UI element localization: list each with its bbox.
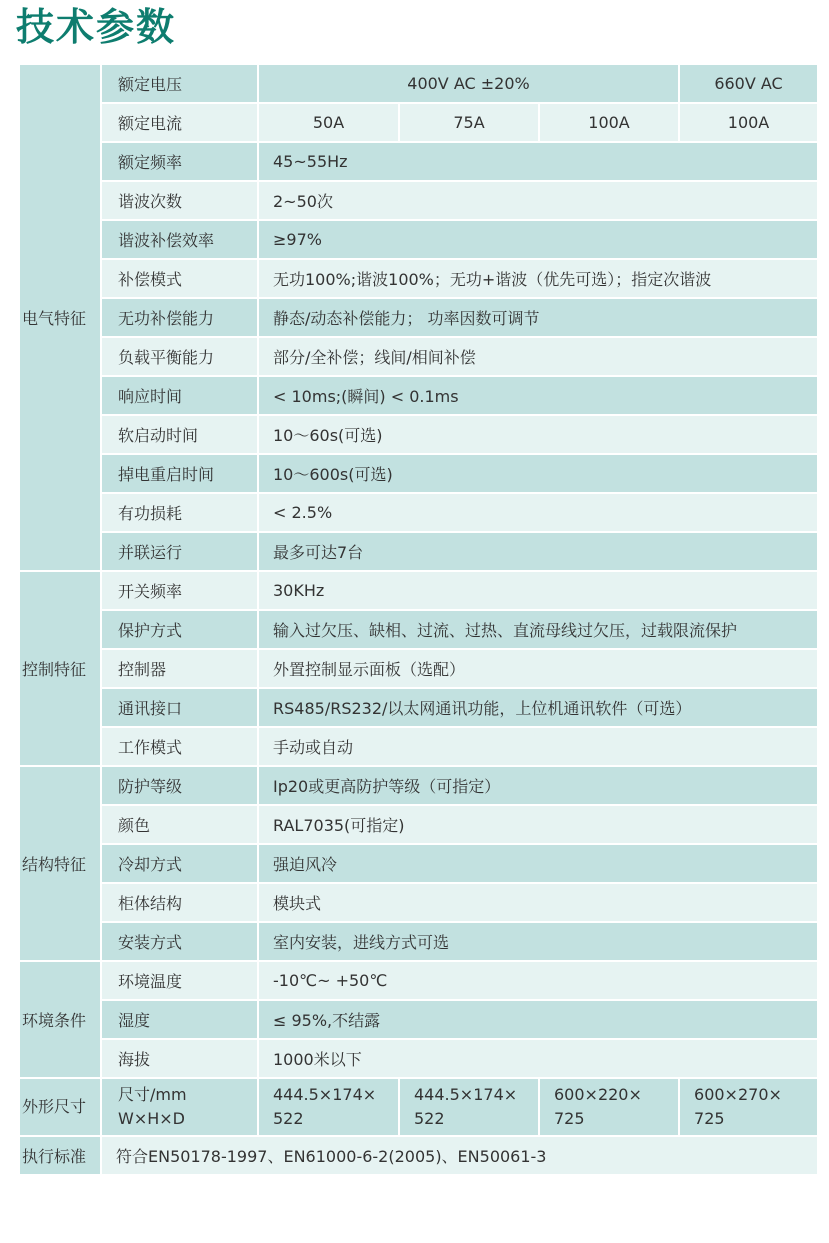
param-value: 符合EN50178-1997、EN61000-6-2(2005)、EN50061… bbox=[101, 1136, 818, 1175]
table-row: 负载平衡能力部分/全补偿；线间/相间补偿 bbox=[19, 337, 818, 376]
param-label: 有功损耗 bbox=[101, 493, 258, 532]
dim-value-line2: 522 bbox=[273, 1109, 304, 1128]
param-value: 45~55Hz bbox=[258, 142, 818, 181]
dim-value-line1: 600×270× bbox=[694, 1085, 782, 1104]
param-label: 谐波次数 bbox=[101, 181, 258, 220]
param-value: 30KHz bbox=[258, 571, 818, 610]
category-cell: 结构特征 bbox=[19, 766, 101, 961]
param-value: 最多可达7台 bbox=[258, 532, 818, 571]
param-value: -10℃~ +50℃ bbox=[258, 961, 818, 1000]
param-label: 开关频率 bbox=[101, 571, 258, 610]
param-label: 额定电压 bbox=[101, 64, 258, 103]
param-value: 手动或自动 bbox=[258, 727, 818, 766]
param-value: 10～600s(可选) bbox=[258, 454, 818, 493]
param-value: 100A bbox=[539, 103, 679, 142]
param-label: 冷却方式 bbox=[101, 844, 258, 883]
param-label: 尺寸/mmW×H×D bbox=[101, 1078, 258, 1136]
dim-value-line2: 725 bbox=[554, 1109, 585, 1128]
dim-value-line1: 600×220× bbox=[554, 1085, 642, 1104]
table-row: 软启动时间10～60s(可选) bbox=[19, 415, 818, 454]
param-value: 无功100%;谐波100%；无功+谐波（优先可选）；指定次谐波 bbox=[258, 259, 818, 298]
param-value: ≤ 95%,不结露 bbox=[258, 1000, 818, 1039]
table-row: 响应时间< 10ms;(瞬间) < 0.1ms bbox=[19, 376, 818, 415]
dim-value-line1: 444.5×174× bbox=[273, 1085, 376, 1104]
table-row: 控制特征 开关频率30KHz bbox=[19, 571, 818, 610]
category-cell: 电气特征 bbox=[19, 64, 101, 571]
category-cell: 控制特征 bbox=[19, 571, 101, 766]
param-label: 负载平衡能力 bbox=[101, 337, 258, 376]
table-row: 执行标准 符合EN50178-1997、EN61000-6-2(2005)、EN… bbox=[19, 1136, 818, 1175]
dim-label-line1: 尺寸/mm bbox=[118, 1085, 187, 1104]
param-value: 444.5×174×522 bbox=[258, 1078, 399, 1136]
param-label: 并联运行 bbox=[101, 532, 258, 571]
param-value: 50A bbox=[258, 103, 399, 142]
param-value: 600×270×725 bbox=[679, 1078, 818, 1136]
param-label: 额定电流 bbox=[101, 103, 258, 142]
param-label: 补偿模式 bbox=[101, 259, 258, 298]
param-label: 额定频率 bbox=[101, 142, 258, 181]
param-label: 防护等级 bbox=[101, 766, 258, 805]
table-row: 安装方式室内安装，进线方式可选 bbox=[19, 922, 818, 961]
param-value: 75A bbox=[399, 103, 539, 142]
dim-value-line1: 444.5×174× bbox=[414, 1085, 517, 1104]
param-label: 软启动时间 bbox=[101, 415, 258, 454]
table-row: 电气特征 额定电压 400V AC ±20% 660V AC bbox=[19, 64, 818, 103]
table-row: 补偿模式无功100%;谐波100%；无功+谐波（优先可选）；指定次谐波 bbox=[19, 259, 818, 298]
dim-label-line2: W×H×D bbox=[118, 1109, 185, 1128]
table-row: 保护方式输入过欠压、缺相、过流、过热、直流母线过欠压，过载限流保护 bbox=[19, 610, 818, 649]
param-label: 湿度 bbox=[101, 1000, 258, 1039]
param-value: 2~50次 bbox=[258, 181, 818, 220]
param-value: 600×220×725 bbox=[539, 1078, 679, 1136]
param-value: ≥97% bbox=[258, 220, 818, 259]
page-title: 技术参数 bbox=[16, 2, 176, 52]
param-value: 静态/动态补偿能力； 功率因数可调节 bbox=[258, 298, 818, 337]
param-value: 400V AC ±20% bbox=[258, 64, 679, 103]
table-row: 工作模式手动或自动 bbox=[19, 727, 818, 766]
param-value: 外置控制显示面板（选配） bbox=[258, 649, 818, 688]
category-cell: 外形尺寸 bbox=[19, 1078, 101, 1136]
param-value: 444.5×174×522 bbox=[399, 1078, 539, 1136]
table-row: 通讯接口RS485/RS232/以太网通讯功能，上位机通讯软件（可选） bbox=[19, 688, 818, 727]
param-value: < 10ms;(瞬间) < 0.1ms bbox=[258, 376, 818, 415]
table-row: 谐波补偿效率≥97% bbox=[19, 220, 818, 259]
table-row: 无功补偿能力静态/动态补偿能力； 功率因数可调节 bbox=[19, 298, 818, 337]
table-row: 环境条件 环境温度-10℃~ +50℃ bbox=[19, 961, 818, 1000]
param-value: RAL7035(可指定) bbox=[258, 805, 818, 844]
table-row: 外形尺寸 尺寸/mmW×H×D 444.5×174×522 444.5×174×… bbox=[19, 1078, 818, 1136]
param-value: 模块式 bbox=[258, 883, 818, 922]
param-value: 100A bbox=[679, 103, 818, 142]
table-row: 海拔1000米以下 bbox=[19, 1039, 818, 1078]
category-cell: 执行标准 bbox=[19, 1136, 101, 1175]
table-row: 掉电重启时间10～600s(可选) bbox=[19, 454, 818, 493]
param-label: 无功补偿能力 bbox=[101, 298, 258, 337]
table-row: 额定频率45~55Hz bbox=[19, 142, 818, 181]
spec-table: 电气特征 额定电压 400V AC ±20% 660V AC 额定电流 50A … bbox=[18, 63, 819, 1176]
param-label: 安装方式 bbox=[101, 922, 258, 961]
table-row: 冷却方式强迫风冷 bbox=[19, 844, 818, 883]
param-label: 颜色 bbox=[101, 805, 258, 844]
param-label: 控制器 bbox=[101, 649, 258, 688]
param-label: 掉电重启时间 bbox=[101, 454, 258, 493]
param-label: 保护方式 bbox=[101, 610, 258, 649]
param-label: 通讯接口 bbox=[101, 688, 258, 727]
param-value: 强迫风冷 bbox=[258, 844, 818, 883]
param-label: 柜体结构 bbox=[101, 883, 258, 922]
table-row: 柜体结构模块式 bbox=[19, 883, 818, 922]
param-value: Ip20或更高防护等级（可指定） bbox=[258, 766, 818, 805]
param-label: 海拔 bbox=[101, 1039, 258, 1078]
table-row: 结构特征 防护等级Ip20或更高防护等级（可指定） bbox=[19, 766, 818, 805]
dim-value-line2: 522 bbox=[414, 1109, 445, 1128]
param-value: < 2.5% bbox=[258, 493, 818, 532]
param-label: 谐波补偿效率 bbox=[101, 220, 258, 259]
param-value: 10～60s(可选) bbox=[258, 415, 818, 454]
param-value: 部分/全补偿；线间/相间补偿 bbox=[258, 337, 818, 376]
param-value: 室内安装，进线方式可选 bbox=[258, 922, 818, 961]
table-row: 颜色RAL7035(可指定) bbox=[19, 805, 818, 844]
param-label: 响应时间 bbox=[101, 376, 258, 415]
category-cell: 环境条件 bbox=[19, 961, 101, 1078]
dim-value-line2: 725 bbox=[694, 1109, 725, 1128]
table-row: 并联运行最多可达7台 bbox=[19, 532, 818, 571]
table-row: 控制器外置控制显示面板（选配） bbox=[19, 649, 818, 688]
table-row: 额定电流 50A 75A 100A 100A bbox=[19, 103, 818, 142]
table-row: 谐波次数2~50次 bbox=[19, 181, 818, 220]
param-value: 输入过欠压、缺相、过流、过热、直流母线过欠压，过载限流保护 bbox=[258, 610, 818, 649]
param-value: 1000米以下 bbox=[258, 1039, 818, 1078]
param-value: RS485/RS232/以太网通讯功能，上位机通讯软件（可选） bbox=[258, 688, 818, 727]
table-row: 湿度≤ 95%,不结露 bbox=[19, 1000, 818, 1039]
param-label: 环境温度 bbox=[101, 961, 258, 1000]
param-value: 660V AC bbox=[679, 64, 818, 103]
param-label: 工作模式 bbox=[101, 727, 258, 766]
table-row: 有功损耗< 2.5% bbox=[19, 493, 818, 532]
